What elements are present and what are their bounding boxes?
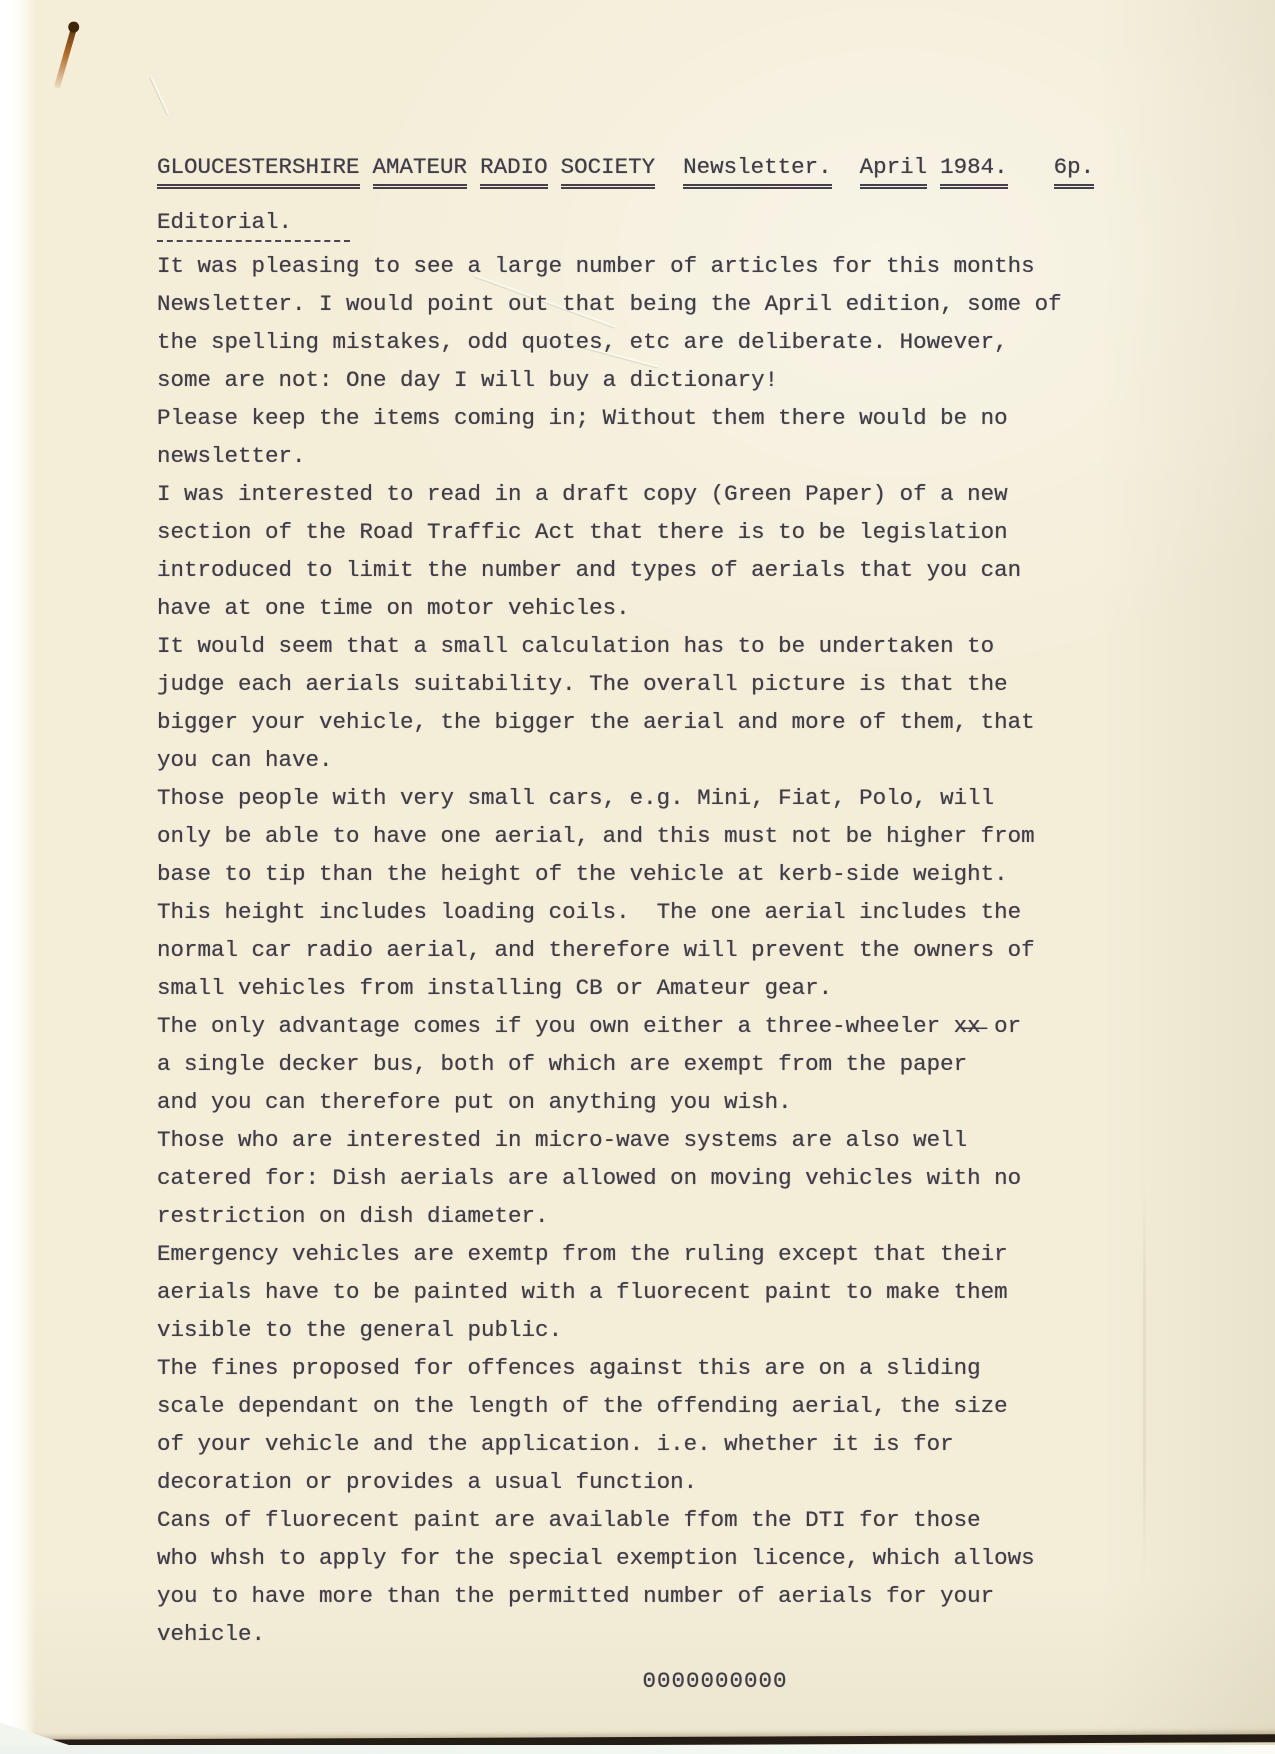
editorial-line: It was pleasing to see a large number of… — [157, 247, 1217, 285]
title-word: SOCIETY — [561, 152, 656, 189]
editorial-line: and you can therefore put on anything yo… — [157, 1083, 1217, 1121]
editorial-line: bigger your vehicle, the bigger the aeri… — [157, 703, 1217, 741]
scanned-page: GLOUCESTERSHIREAMATEURRADIOSOCIETYNewsle… — [0, 0, 1275, 1754]
title-word: GLOUCESTERSHIRE — [157, 152, 360, 189]
editorial-line: Emergency vehicles are exemtp from the r… — [157, 1235, 1217, 1273]
editorial-line: This height includes loading coils. The … — [157, 893, 1217, 931]
editorial-line: of your vehicle and the application. i.e… — [157, 1425, 1217, 1463]
editorial-line: you to have more than the permitted numb… — [157, 1577, 1217, 1615]
page-title: GLOUCESTERSHIREAMATEURRADIOSOCIETYNewsle… — [157, 152, 1217, 189]
editorial-line: a single decker bus, both of which are e… — [157, 1045, 1217, 1083]
editorial-line: Newsletter. I would point out that being… — [157, 285, 1217, 323]
editorial-line: Those people with very small cars, e.g. … — [157, 779, 1217, 817]
editorial-line: the spelling mistakes, odd quotes, etc a… — [157, 323, 1217, 361]
editorial-line: section of the Road Traffic Act that the… — [157, 513, 1217, 551]
title-word: AMATEUR — [373, 152, 468, 189]
editorial-line: only be able to have one aerial, and thi… — [157, 817, 1217, 855]
editorial-line: I was interested to read in a draft copy… — [157, 475, 1217, 513]
editorial-line: vehicle. — [157, 1615, 1217, 1653]
editorial-line: decoration or provides a usual function. — [157, 1463, 1217, 1501]
title-word: April — [860, 152, 928, 189]
editorial-line: have at one time on motor vehicles. — [157, 589, 1217, 627]
editorial-line: Cans of fluorecent paint are available f… — [157, 1501, 1217, 1539]
editorial-line: normal car radio aerial, and therefore w… — [157, 931, 1217, 969]
title-word: 6p. — [1054, 152, 1095, 189]
editorial-line: base to tip than the height of the vehic… — [157, 855, 1217, 893]
title-word: RADIO — [480, 152, 548, 189]
editorial-line: The fines proposed for offences against … — [157, 1349, 1217, 1387]
editorial-line: some are not: One day I will buy a dicti… — [157, 361, 1217, 399]
editorial-line: catered for: Dish aerials are allowed on… — [157, 1159, 1217, 1197]
editorial-line: visible to the general public. — [157, 1311, 1217, 1349]
title-word: Newsletter. — [683, 152, 832, 189]
editorial-body: It was pleasing to see a large number of… — [157, 247, 1217, 1653]
editorial-line: introduced to limit the number and types… — [157, 551, 1217, 589]
editorial-line: Please keep the items coming in; Without… — [157, 399, 1217, 437]
scanner-bottom-strip — [0, 1745, 1275, 1754]
editorial-line: aerials have to be painted with a fluore… — [157, 1273, 1217, 1311]
editorial-heading: Editorial. — [157, 207, 350, 242]
editorial-line: newsletter. — [157, 437, 1217, 475]
editorial-line: restriction on dish diameter. — [157, 1197, 1217, 1235]
editorial-line: judge each aerials suitability. The over… — [157, 665, 1217, 703]
editorial-line: It would seem that a small calculation h… — [157, 627, 1217, 665]
editorial-line: you can have. — [157, 741, 1217, 779]
editorial-line: who whsh to apply for the special exempt… — [157, 1539, 1217, 1577]
page-content: GLOUCESTERSHIREAMATEURRADIOSOCIETYNewsle… — [0, 0, 1275, 1700]
editorial-line: scale dependant on the length of the off… — [157, 1387, 1217, 1425]
title-word: 1984. — [940, 152, 1008, 189]
editorial-line: Those who are interested in micro-wave s… — [157, 1121, 1217, 1159]
footer-separator: 0000000000 — [185, 1662, 1245, 1700]
editorial-line: The only advantage comes if you own eith… — [157, 1007, 1217, 1045]
editorial-line: small vehicles from installing CB or Ama… — [157, 969, 1217, 1007]
